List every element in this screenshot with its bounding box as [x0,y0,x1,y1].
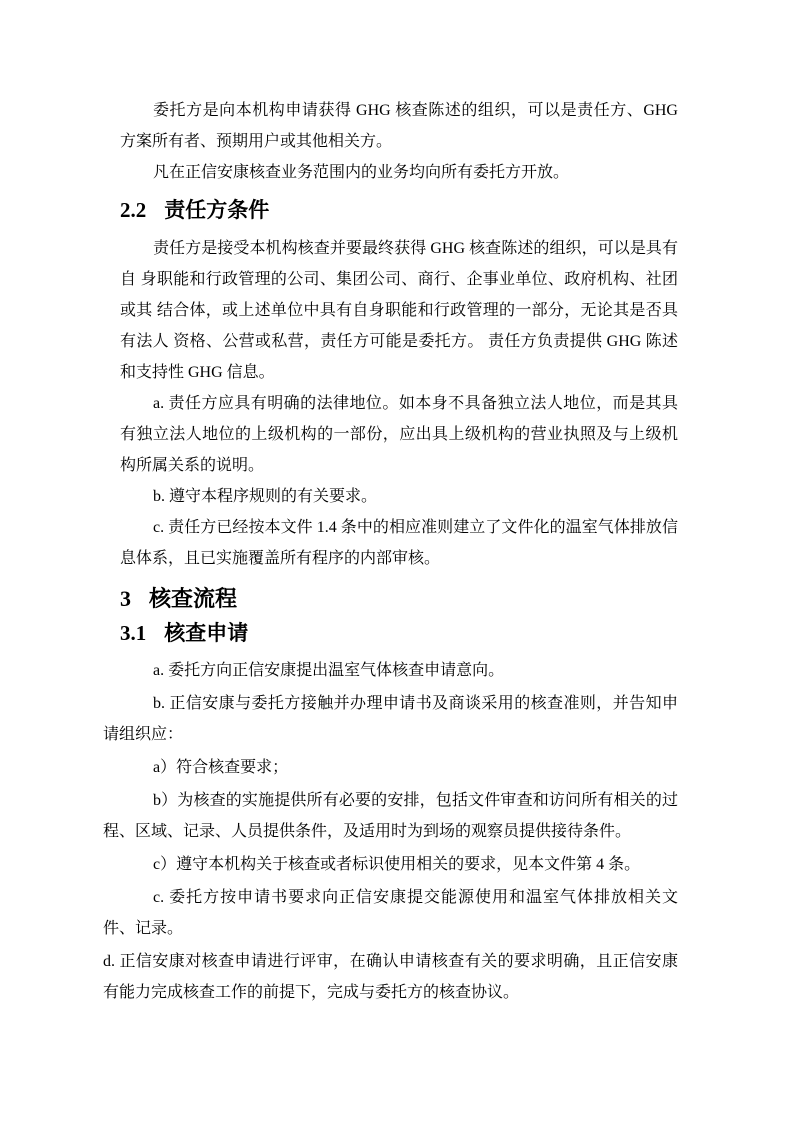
item-d-application-review: d. 正信安康对核查申请进行评审，在确认申请核查有关的要求明确，且正信安康有能力… [103,946,678,1008]
heading-3-1-verification-application: 3.1核查申请 [120,619,678,648]
heading-number: 3 [120,586,131,611]
para-open-scope: 凡在正信安康核查业务范围内的业务均向所有委托方开放。 [120,157,678,188]
heading-2-2-responsible-party-conditions: 2.2责任方条件 [120,196,678,225]
item-b-follow-rules: b. 遵守本程序规则的有关要求。 [120,481,678,512]
item-a-legal-status: a. 责任方应具有明确的法律地位。如本身不具备独立法人地位，而是其具有独立法人地… [120,388,678,481]
subitem-b-provide-arrangements: b）为核查的实施提供所有必要的安排，包括文件审查和访问所有相关的过程、区域、记录… [103,785,678,847]
heading-number: 3.1 [120,621,146,645]
heading-3-verification-process: 3核查流程 [120,584,678,614]
heading-title: 责任方条件 [164,198,269,222]
heading-title: 核查申请 [164,621,248,645]
item-c-ghg-info-system: c. 责任方已经按本文件 1.4 条中的相应准则建立了文件化的温室气体排放信息体… [120,512,678,574]
para-responsible-party-definition: 责任方是接受本机构核查并要最终获得 GHG 核查陈述的组织，可以是具有自 身职能… [120,233,678,388]
subitem-c-follow-mark-rules: c）遵守本机构关于核查或者标识使用相关的要求，见本文件第 4 条。 [103,849,678,880]
item-a-application-intent: a. 委托方向正信安康提出温室气体核查申请意向。 [103,655,678,686]
subitem-a-meet-requirements: a）符合核查要求； [103,752,678,783]
heading-title: 核查流程 [149,586,237,611]
document-page: 委托方是向本机构申请获得 GHG 核查陈述的组织，可以是责任方、GHG 方案所有… [0,0,800,1131]
item-c-submit-documents: c. 委托方按申请书要求向正信安康提交能源使用和温室气体排放相关文件、记录。 [103,882,678,944]
para-client-definition: 委托方是向本机构申请获得 GHG 核查陈述的组织，可以是责任方、GHG 方案所有… [120,95,678,157]
heading-number: 2.2 [120,198,146,222]
item-b-handle-application: b. 正信安康与委托方接触并办理申请书及商谈采用的核查准则，并告知申请组织应： [103,688,678,750]
